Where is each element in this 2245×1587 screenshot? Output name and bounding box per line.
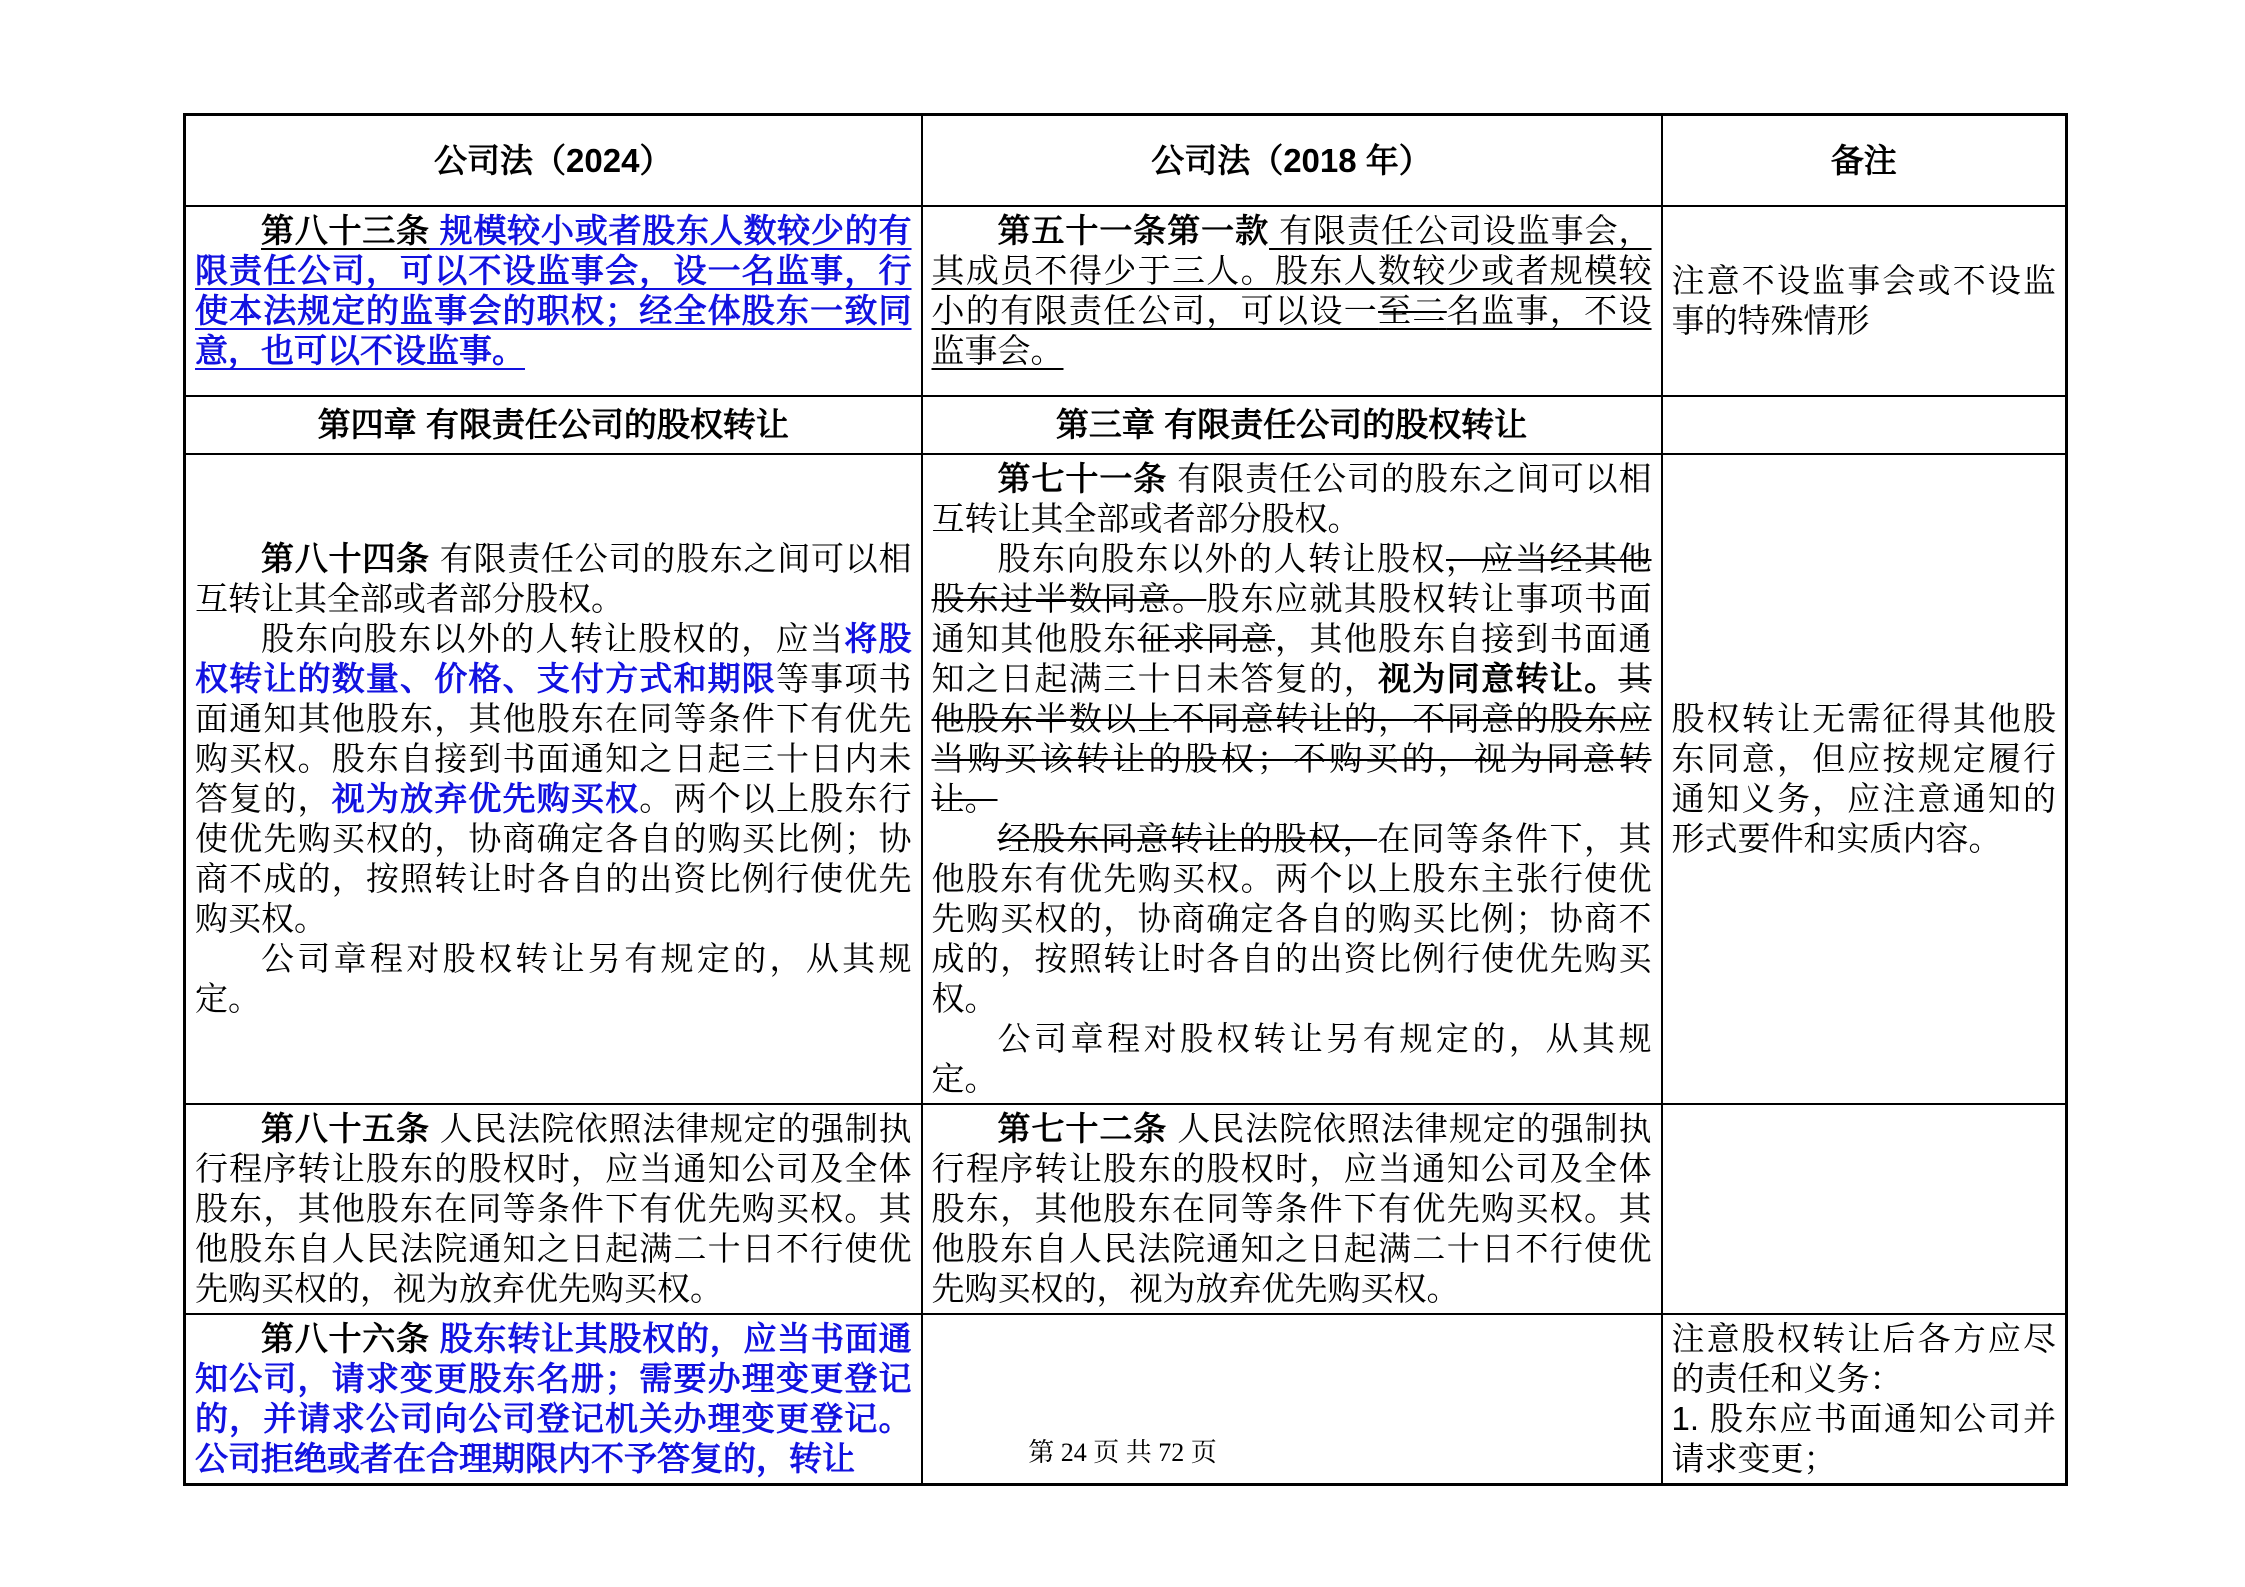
table-row: 第八十四条 有限责任公司的股东之间可以相互转让其全部或者部分股权。股东向股东以外… bbox=[185, 454, 2067, 1104]
paragraph: 经股东同意转让的股权，在同等条件下，其他股东有优先购买权。两个以上股东主张行使优… bbox=[932, 819, 1652, 1019]
header-row: 公司法（2024） 公司法（2018 年） 备注 bbox=[185, 115, 2067, 207]
text-segment: 第五十一条第一款 bbox=[998, 212, 1270, 249]
table-cell: 注意不设监事会或不设监事的特殊情形 bbox=[1662, 206, 2067, 396]
paragraph: 第八十三条 规模较小或者股东人数较少的有限责任公司，可以不设监事会，设一名监事，… bbox=[195, 211, 912, 371]
text-segment: 至二 bbox=[1378, 292, 1447, 329]
table-cell: 第八十三条 规模较小或者股东人数较少的有限责任公司，可以不设监事会，设一名监事，… bbox=[185, 206, 922, 396]
table-cell: 第四章 有限责任公司的股权转让 bbox=[185, 396, 922, 454]
paragraph: 第四章 有限责任公司的股权转让 bbox=[195, 405, 912, 445]
page-number: 第 24 页 共 72 页 bbox=[0, 1432, 2245, 1469]
text-segment: 注意不设监事会或不设监事的特殊情形 bbox=[1672, 262, 2057, 339]
paragraph: 公司章程对股权转让另有规定的，从其规定。 bbox=[195, 939, 912, 1019]
paragraph: 股东向股东以外的人转让股权的，应当将股权转让的数量、价格、支付方式和期限等事项书… bbox=[195, 619, 912, 939]
text-segment: 股权转让无需征得其他股东同意，但应按规定履行通知义务，应注意通知的形式要件和实质… bbox=[1672, 700, 2057, 857]
text-segment: 股东向股东以外的人转让股权的，应当 bbox=[261, 620, 844, 657]
paragraph: 注意不设监事会或不设监事的特殊情形 bbox=[1672, 261, 2057, 341]
text-segment: 第三章 有限责任公司的股权转让 bbox=[1056, 406, 1527, 443]
text-segment: 第七十一条 bbox=[998, 460, 1168, 497]
text-segment: 股东向股东以外的人转让股权 bbox=[998, 540, 1447, 577]
paragraph: 第三章 有限责任公司的股权转让 bbox=[932, 405, 1652, 445]
text-segment: 第八十四条 bbox=[261, 540, 430, 577]
paragraph: 公司章程对股权转让另有规定的，从其规定。 bbox=[932, 1019, 1652, 1099]
table-cell: 第三章 有限责任公司的股权转让 bbox=[922, 396, 1662, 454]
paragraph: 注意股权转让后各方应尽的责任和义务： bbox=[1672, 1319, 2057, 1399]
text-segment: 第七十二条 bbox=[998, 1110, 1168, 1147]
table-cell bbox=[1662, 396, 2067, 454]
text-segment: 注意股权转让后各方应尽的责任和义务： bbox=[1672, 1320, 2057, 1397]
table-cell: 股权转让无需征得其他股东同意，但应按规定履行通知义务，应注意通知的形式要件和实质… bbox=[1662, 454, 2067, 1104]
text-segment: 第四章 有限责任公司的股权转让 bbox=[318, 406, 789, 443]
text-segment: 视为放弃优先购买权 bbox=[332, 780, 640, 817]
table-cell bbox=[1662, 1104, 2067, 1314]
paragraph: 第五十一条第一款 有限责任公司设监事会，其成员不得少于三人。股东人数较少或者规模… bbox=[932, 211, 1652, 371]
table-cell: 第七十二条 人民法院依照法律规定的强制执行程序转让股东的股权时，应当通知公司及全… bbox=[922, 1104, 1662, 1314]
text-segment: 第八十五条 bbox=[261, 1110, 430, 1147]
paragraph: 股权转让无需征得其他股东同意，但应按规定履行通知义务，应注意通知的形式要件和实质… bbox=[1672, 699, 2057, 859]
paragraph: 第七十一条 有限责任公司的股东之间可以相互转让其全部或者部分股权。 bbox=[932, 459, 1652, 539]
text-segment: 公司章程对股权转让另有规定的，从其规定。 bbox=[932, 1020, 1652, 1097]
paragraph: 第八十五条 人民法院依照法律规定的强制执行程序转让股东的股权时，应当通知公司及全… bbox=[195, 1109, 912, 1309]
comparison-table: 公司法（2024） 公司法（2018 年） 备注 第八十三条 规模较小或者股东人… bbox=[183, 113, 2068, 1486]
table-cell: 第七十一条 有限责任公司的股东之间可以相互转让其全部或者部分股权。股东向股东以外… bbox=[922, 454, 1662, 1104]
paragraph: 第七十二条 人民法院依照法律规定的强制执行程序转让股东的股权时，应当通知公司及全… bbox=[932, 1109, 1652, 1309]
paragraph: 第八十四条 有限责任公司的股东之间可以相互转让其全部或者部分股权。 bbox=[195, 539, 912, 619]
text-segment: 第八十六条 bbox=[261, 1320, 430, 1357]
table-body: 第八十三条 规模较小或者股东人数较少的有限责任公司，可以不设监事会，设一名监事，… bbox=[185, 206, 2067, 1485]
text-segment: 视为同意转让。 bbox=[1378, 660, 1618, 697]
table-row: 第八十五条 人民法院依照法律规定的强制执行程序转让股东的股权时，应当通知公司及全… bbox=[185, 1104, 2067, 1314]
text-segment: 经股东同意转让的股权， bbox=[998, 820, 1378, 857]
table-row: 第四章 有限责任公司的股权转让第三章 有限责任公司的股权转让 bbox=[185, 396, 2067, 454]
table-row: 第八十三条 规模较小或者股东人数较少的有限责任公司，可以不设监事会，设一名监事，… bbox=[185, 206, 2067, 396]
column-header-2018: 公司法（2018 年） bbox=[922, 115, 1662, 207]
table-cell: 第五十一条第一款 有限责任公司设监事会，其成员不得少于三人。股东人数较少或者规模… bbox=[922, 206, 1662, 396]
column-header-2024: 公司法（2024） bbox=[185, 115, 922, 207]
table-cell: 第八十四条 有限责任公司的股东之间可以相互转让其全部或者部分股权。股东向股东以外… bbox=[185, 454, 922, 1104]
text-segment: 征求同意 bbox=[1138, 620, 1275, 657]
document-page: 公司法（2024） 公司法（2018 年） 备注 第八十三条 规模较小或者股东人… bbox=[0, 0, 2245, 1587]
text-segment: 公司章程对股权转让另有规定的，从其规定。 bbox=[195, 940, 912, 1017]
text-segment: 第八十三条 bbox=[261, 212, 430, 249]
column-header-remarks: 备注 bbox=[1662, 115, 2067, 207]
table-cell: 第八十五条 人民法院依照法律规定的强制执行程序转让股东的股权时，应当通知公司及全… bbox=[185, 1104, 922, 1314]
paragraph: 股东向股东以外的人转让股权，应当经其他股东过半数同意。股东应就其股权转让事项书面… bbox=[932, 539, 1652, 819]
